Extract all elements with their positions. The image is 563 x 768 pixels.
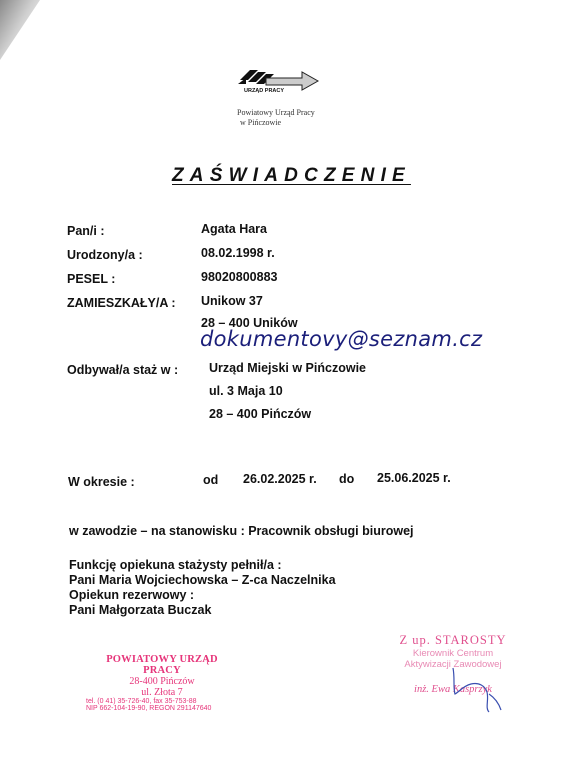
handwritten-email: dokumentovy@seznam.cz	[200, 327, 482, 351]
office-stamp: POWIATOWY URZĄD PRACY 28-400 Pińczów ul.…	[86, 654, 238, 712]
svg-text:URZĄD PRACY: URZĄD PRACY	[244, 88, 284, 94]
name-label: Pan/i :	[67, 224, 105, 238]
birth-value: 08.02.1998 r.	[201, 246, 275, 260]
period-from-date: 26.02.2025 r.	[243, 472, 317, 486]
internship-place-line2: ul. 3 Maja 10	[209, 384, 283, 398]
internship-label: Odbywał/a staż w :	[67, 363, 178, 377]
pesel-value: 98020800883	[201, 270, 277, 284]
reserve-supervisor-label: Opiekun rezerwowy :	[69, 588, 194, 602]
supervisor-name: Pani Maria Wojciechowska – Z-ca Naczelni…	[69, 573, 336, 587]
internship-place-line3: 28 – 400 Pińczów	[209, 407, 311, 421]
office-name: Powiatowy Urząd Pracy w Pińczowie	[237, 108, 315, 128]
pesel-label: PESEL :	[67, 272, 115, 286]
scan-corner-fold	[0, 0, 40, 60]
period-label: W okresie :	[68, 475, 135, 489]
period-to-label: do	[339, 472, 354, 486]
internship-place-line1: Urząd Miejski w Pińczowie	[209, 361, 366, 375]
address-label: ZAMIESZKAŁY/A :	[67, 296, 176, 310]
document-title: ZAŚWIADCZENIE	[172, 165, 411, 187]
signature-icon	[445, 664, 505, 714]
urzad-pracy-logo-icon: URZĄD PRACY	[238, 66, 320, 94]
supervisor-label: Funkcję opiekuna stażysty pełnił/a :	[69, 558, 282, 572]
period-to-date: 25.06.2025 r.	[377, 471, 451, 485]
address-line1: Unikow 37	[201, 294, 263, 308]
position-line: w zawodzie – na stanowisku : Pracownik o…	[69, 524, 414, 538]
name-value: Agata Hara	[201, 222, 267, 236]
birth-label: Urodzony/a :	[67, 248, 143, 262]
reserve-supervisor-name: Pani Małgorzata Buczak	[69, 603, 211, 617]
period-from-label: od	[203, 473, 218, 487]
